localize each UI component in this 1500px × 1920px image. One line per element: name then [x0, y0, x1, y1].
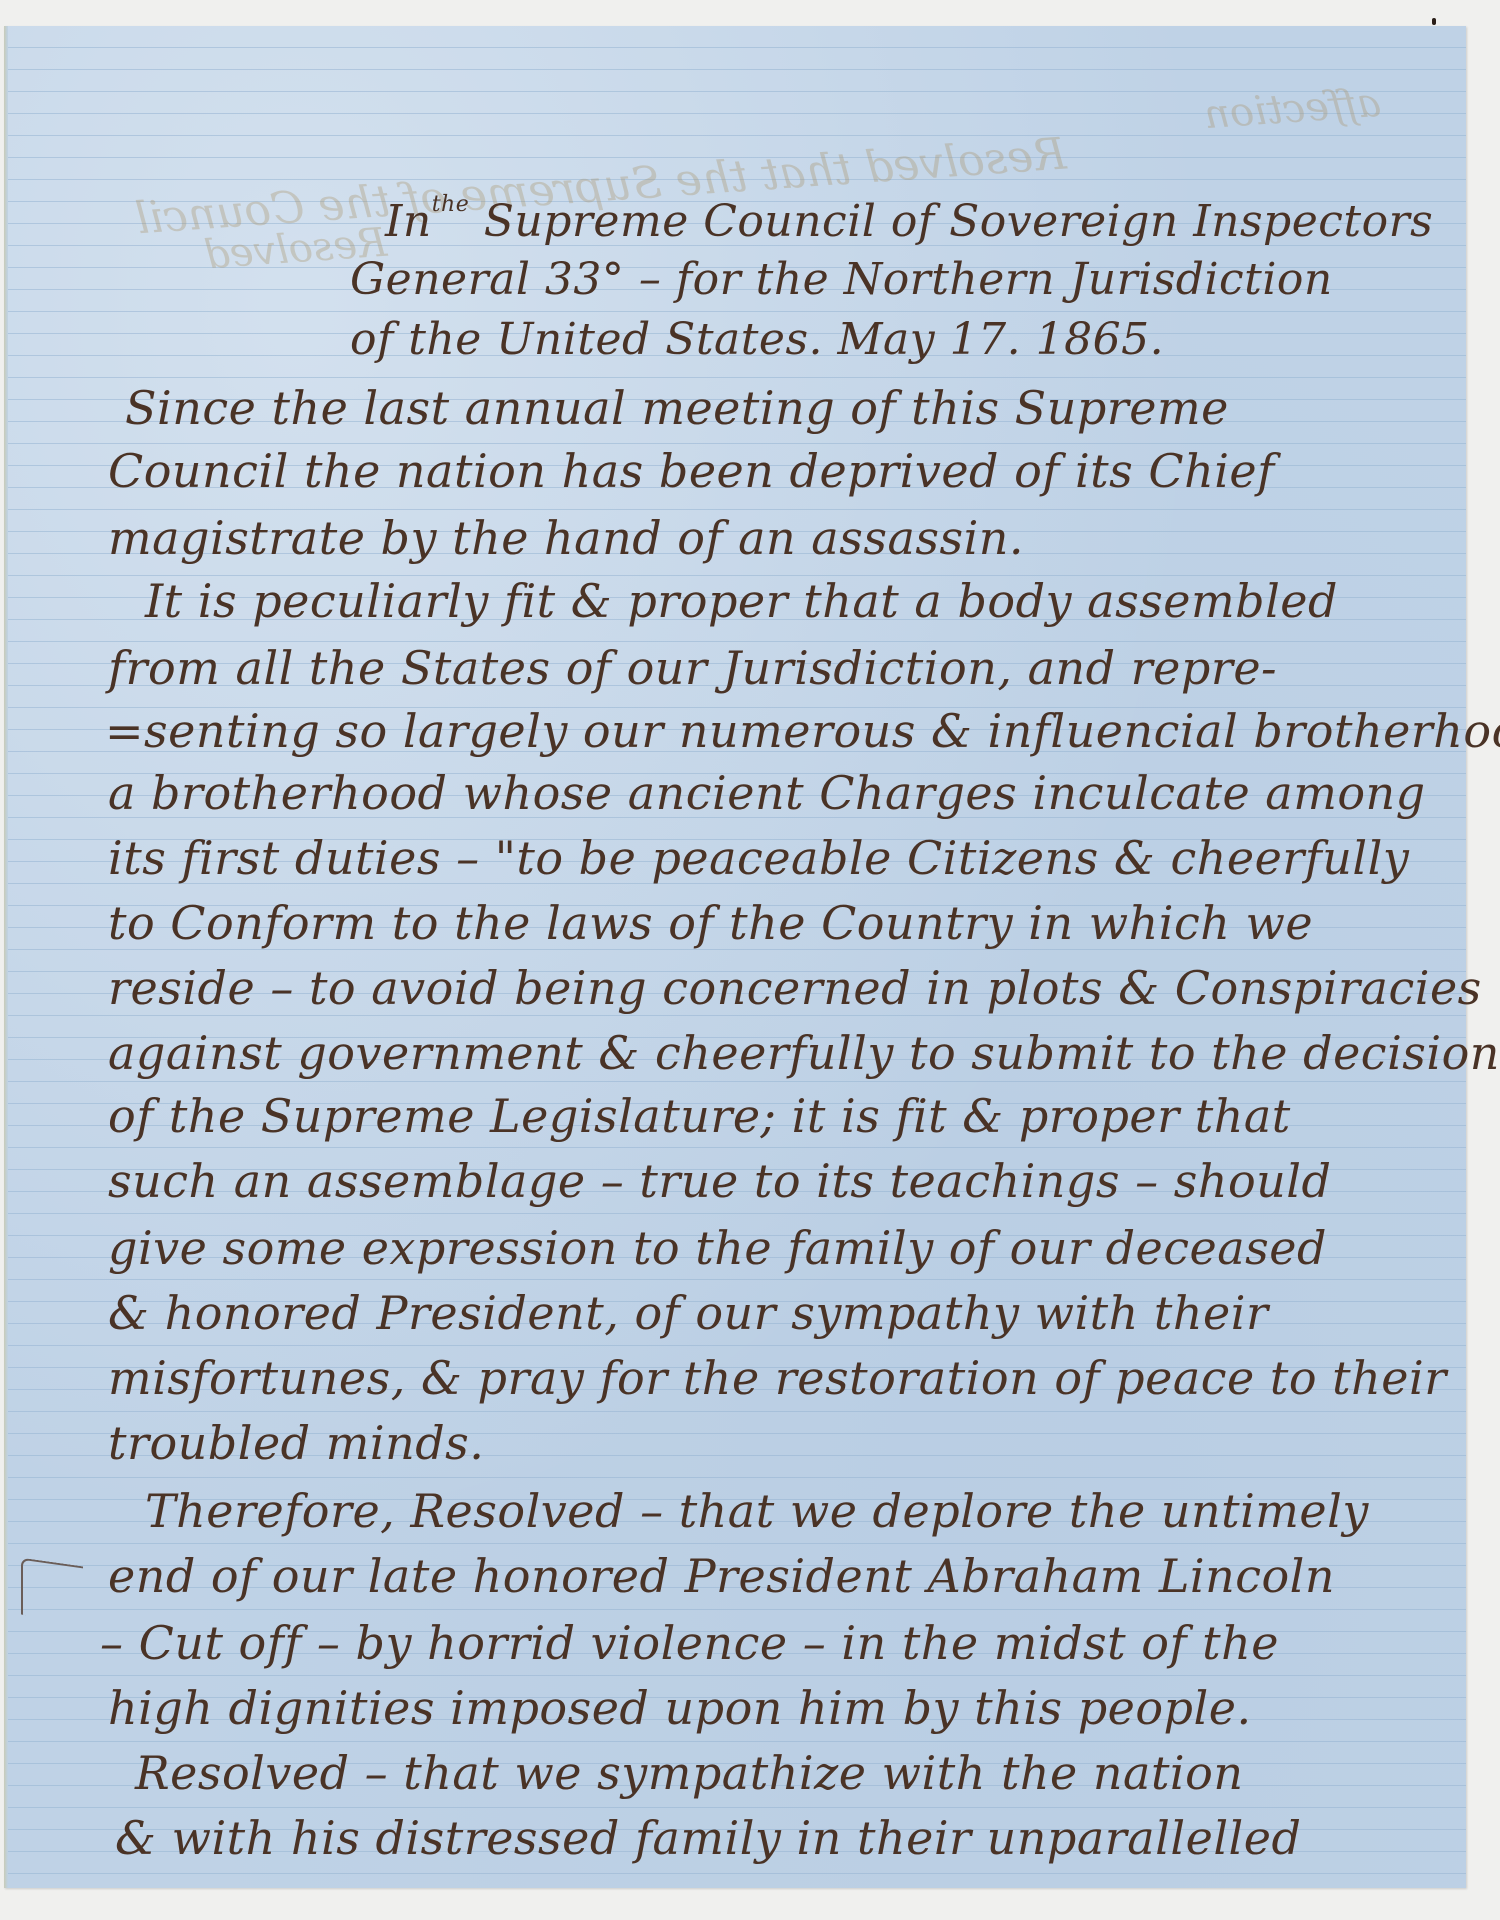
text-line: end of our late honored President Abraha…: [108, 1553, 1335, 1599]
heading-superscript: the: [432, 192, 470, 217]
heading-line-1: Inthe Supreme Council of Sovereign Inspe…: [385, 200, 1433, 244]
heading-line-3: of the United States. May 17. 1865.: [350, 318, 1164, 362]
text-line: & with his distressed family in their un…: [115, 1815, 1301, 1861]
text-line: such an assemblage – true to its teachin…: [108, 1158, 1331, 1204]
text-line: Resolved – that we sympathize with the n…: [135, 1750, 1243, 1796]
text-line: reside – to avoid being concerned in plo…: [108, 965, 1482, 1011]
manuscript-text: Inthe Supreme Council of Sovereign Inspe…: [0, 0, 1500, 1920]
heading-text: Supreme Council of Sovereign Inspectors: [484, 196, 1433, 247]
text-line: =senting so largely our numerous & influ…: [105, 708, 1500, 754]
heading-prefix: In: [385, 196, 432, 247]
text-line: Therefore, Resolved – that we deplore th…: [145, 1488, 1369, 1534]
text-line: to Conform to the laws of the Country in…: [108, 900, 1313, 946]
text-line: Council the nation has been deprived of …: [108, 448, 1275, 494]
text-line: – Cut off – by horrid violence – in the …: [100, 1620, 1279, 1666]
text-line: from all the States of our Jurisdiction,…: [108, 645, 1277, 691]
text-line: high dignities imposed upon him by this …: [108, 1685, 1252, 1731]
scanned-page: affection Resolved that the Supreme of t…: [0, 0, 1500, 1920]
text-line: & honored President, of our sympathy wit…: [108, 1290, 1268, 1336]
text-line: its first duties – "to be peaceable Citi…: [108, 835, 1409, 881]
text-line: give some expression to the family of ou…: [108, 1225, 1327, 1271]
text-line: misfortunes, & pray for the restoration …: [108, 1355, 1447, 1401]
text-line: It is peculiarly fit & proper that a bod…: [145, 578, 1338, 624]
text-line: a brotherhood whose ancient Charges incu…: [108, 770, 1426, 816]
text-line: troubled minds.: [108, 1420, 484, 1466]
text-line: magistrate by the hand of an assassin.: [108, 515, 1024, 561]
heading-line-2: General 33° – for the Northern Jurisdict…: [350, 258, 1333, 302]
text-line: of the Supreme Legislature; it is fit & …: [108, 1093, 1291, 1139]
text-line: Since the last annual meeting of this Su…: [125, 385, 1229, 431]
text-line: against government & cheerfully to submi…: [108, 1030, 1500, 1076]
